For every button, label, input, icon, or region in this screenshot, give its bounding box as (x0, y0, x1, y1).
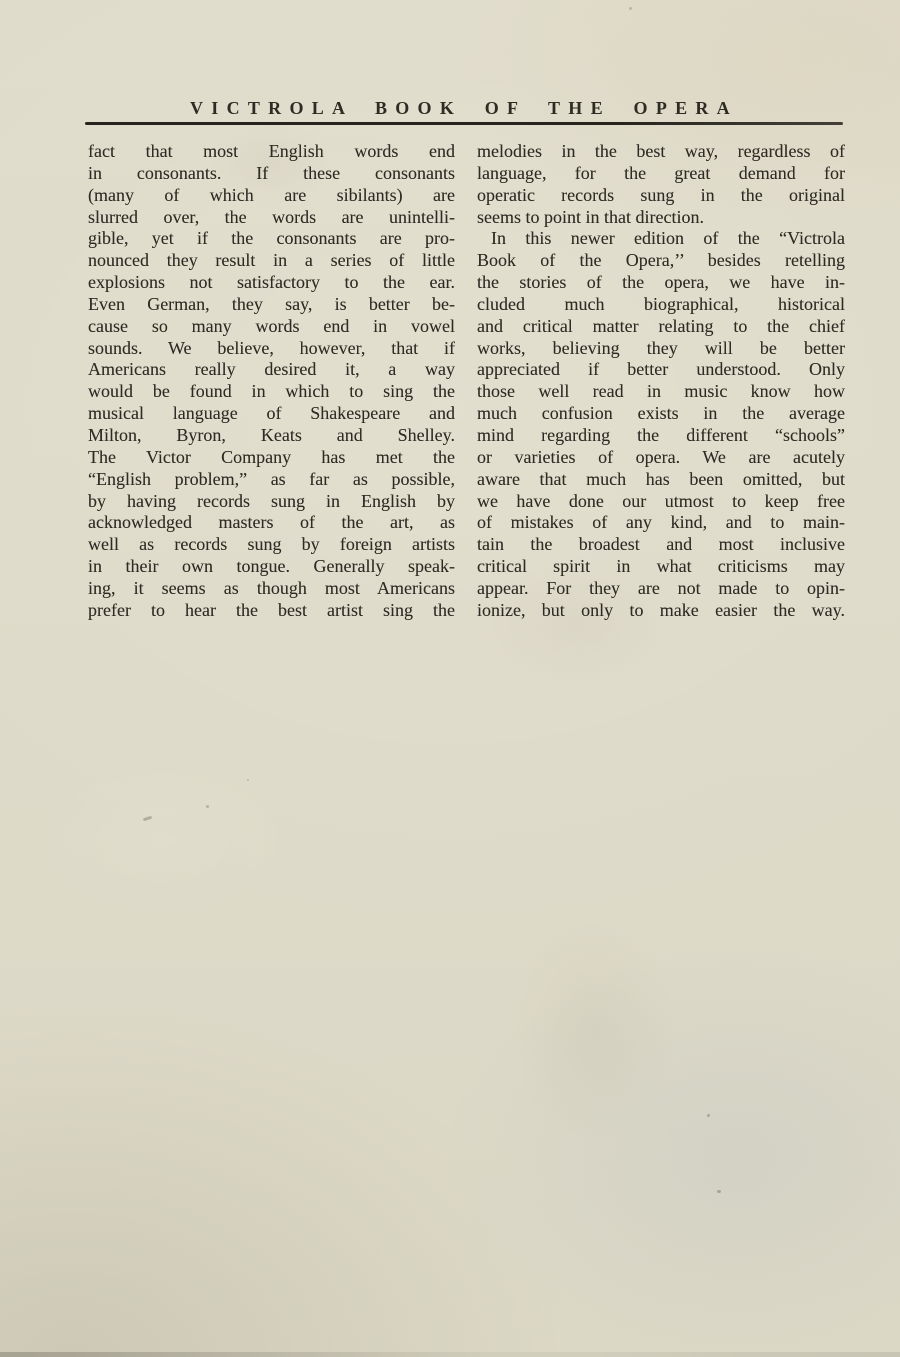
text-line: seems to point in that direction. (477, 207, 845, 229)
left-column: fact that most English words end in cons… (88, 141, 455, 622)
text-line: appreciated if better understood. Only (477, 359, 845, 381)
text-line: appear. For they are not made to opin- (477, 578, 845, 600)
text-line: ing, it seems as though most Americans (88, 578, 455, 600)
text-line: nounced they result in a series of littl… (88, 250, 455, 272)
text-line: (many of which are sibilants) are (88, 185, 455, 207)
scan-speck (717, 1190, 721, 1193)
text-line: Americans really desired it, a way (88, 359, 455, 381)
text-line: or varieties of opera. We are acutely (477, 447, 845, 469)
text-line: Milton, Byron, Keats and Shelley. (88, 425, 455, 447)
scan-speck (629, 7, 632, 10)
header-rule (85, 122, 843, 125)
text-line: In this newer edition of the “Victrola (477, 228, 845, 250)
text-line: acknowledged masters of the art, as (88, 512, 455, 534)
text-line: well as records sung by foreign artists (88, 534, 455, 556)
text-line: mind regarding the different “schools” (477, 425, 845, 447)
text-line: and critical matter relating to the chie… (477, 316, 845, 338)
right-column: melodies in the best way, regardless of … (477, 141, 845, 622)
book-page-scan: VICTROLA BOOK OF THE OPERA fact that mos… (0, 0, 900, 1357)
text-line: prefer to hear the best artist sing the (88, 600, 455, 622)
text-line: cause so many words end in vowel (88, 316, 455, 338)
text-line: cluded much biographical, historical (477, 294, 845, 316)
text-line: we have done our utmost to keep free (477, 491, 845, 513)
text-line: those well read in music know how (477, 381, 845, 403)
page-header-title: VICTROLA BOOK OF THE OPERA (85, 98, 843, 119)
text-line: works, believing they will be better (477, 338, 845, 360)
text-line: of mistakes of any kind, and to main- (477, 512, 845, 534)
text-line: “English problem,” as far as possible, (88, 469, 455, 491)
text-line: by having records sung in English by (88, 491, 455, 513)
text-line: ionize, but only to make easier the way. (477, 600, 845, 622)
text-line: slurred over, the words are unintelli- (88, 207, 455, 229)
text-line: gible, yet if the consonants are pro- (88, 228, 455, 250)
text-line: The Victor Company has met the (88, 447, 455, 469)
text-line: language, for the great demand for (477, 163, 845, 185)
scan-speck (206, 805, 209, 808)
text-line: fact that most English words end (88, 141, 455, 163)
scan-speck (247, 779, 249, 781)
text-line: in consonants. If these consonants (88, 163, 455, 185)
text-line: explosions not satisfactory to the ear. (88, 272, 455, 294)
text-line: the stories of the opera, we have in- (477, 272, 845, 294)
text-line: would be found in which to sing the (88, 381, 455, 403)
text-line: Book of the Opera,’’ besides retelling (477, 250, 845, 272)
text-line: critical spirit in what criticisms may (477, 556, 845, 578)
scan-speck (143, 816, 152, 822)
text-line: musical language of Shakespeare and (88, 403, 455, 425)
text-line: melodies in the best way, regardless of (477, 141, 845, 163)
text-line: much confusion exists in the average (477, 403, 845, 425)
text-line: aware that much has been omitted, but (477, 469, 845, 491)
text-line: operatic records sung in the original (477, 185, 845, 207)
scan-speck (707, 1114, 710, 1117)
text-line: Even German, they say, is better be- (88, 294, 455, 316)
text-columns: fact that most English words end in cons… (88, 141, 845, 622)
text-line: tain the broadest and most inclusive (477, 534, 845, 556)
text-line: sounds. We believe, however, that if (88, 338, 455, 360)
text-line: in their own tongue. Generally speak- (88, 556, 455, 578)
